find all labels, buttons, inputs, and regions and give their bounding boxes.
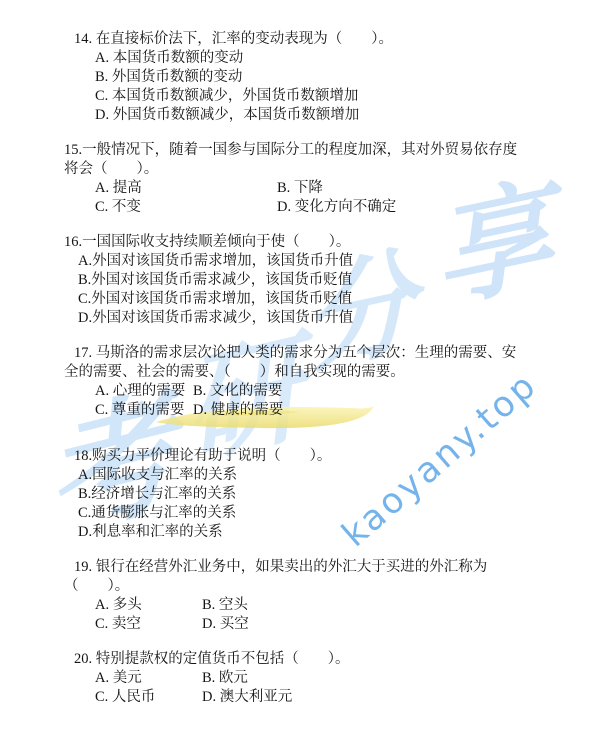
option-a: A. 美元	[95, 669, 202, 688]
option-b: B. 下降	[277, 179, 564, 198]
question-stem: 20. 特别提款权的定值货币不包括（ ）。	[64, 650, 564, 669]
options: A. 提高 B. 下降 C. 不变 D. 变化方向不确定	[95, 179, 564, 217]
question-stem: 19. 银行在经营外汇业务中，如果卖出的外汇大于买进的外汇称为 （ ）。	[64, 558, 564, 596]
question-16: 16.一国国际收支持续顺差倾向于使（ ）。 A.外国对该国货币需求增加，该国货币…	[64, 233, 564, 328]
option-a: A. 本国货币数额的变动	[95, 49, 564, 68]
stem-line: 将会（ ）。	[64, 160, 564, 179]
option-b: B.外国对该国货币需求减少，该国货币贬值	[78, 271, 564, 290]
options: A.外国对该国货币需求增加，该国货币升值 B.外国对该国货币需求减少，该国货币贬…	[78, 252, 564, 328]
option-b: B. 外国货币数额的变动	[95, 68, 564, 87]
option-d: D.利息率和汇率的关系	[78, 523, 564, 542]
option-d: D. 外国货币数额减少，本国货币数额增加	[95, 106, 564, 125]
question-stem: 16.一国国际收支持续顺差倾向于使（ ）。	[64, 233, 564, 252]
option-b: B.经济增长与汇率的关系	[78, 485, 564, 504]
option-a: A. 多头	[95, 596, 202, 615]
question-20: 20. 特别提款权的定值货币不包括（ ）。 A. 美元 B. 欧元 C. 人民币…	[64, 650, 564, 707]
stem-line: 14. 在直接标价法下，汇率的变动表现为（ ）。	[64, 30, 564, 49]
option-d: D. 买空	[202, 615, 564, 634]
question-stem: 14. 在直接标价法下，汇率的变动表现为（ ）。	[64, 30, 564, 49]
option-c: C. 卖空	[95, 615, 202, 634]
stem-line: 15.一般情况下，随着一国参与国际分工的程度加深，其对外贸易依存度	[64, 141, 564, 160]
stem-line: （ ）。	[64, 577, 564, 596]
option-a: A.国际收支与汇率的关系	[78, 466, 564, 485]
option-c: C. 本国货币数额减少，外国货币数额增加	[95, 87, 564, 106]
options: A.国际收支与汇率的关系 B.经济增长与汇率的关系 C.通货膨胀与汇率的关系 D…	[78, 466, 564, 542]
exam-page: 考 研 分 享 kaoyany.top 14. 在直接标价法下，汇率的变动表现为…	[0, 0, 602, 747]
option-b: B. 文化的需要	[193, 382, 564, 401]
options: A. 美元 B. 欧元 C. 人民币 D. 澳大利亚元	[95, 669, 564, 707]
option-d: D.外国对该国货币需求减少，该国货币升值	[78, 309, 564, 328]
question-list: 14. 在直接标价法下，汇率的变动表现为（ ）。 A. 本国货币数额的变动 B.…	[0, 0, 602, 707]
question-stem: 17. 马斯洛的需求层次论把人类的需求分为五个层次：生理的需要、安 全的需要、社…	[64, 344, 564, 382]
option-d: D. 变化方向不确定	[277, 198, 564, 217]
option-d: D. 澳大利亚元	[202, 688, 564, 707]
option-c: C.通货膨胀与汇率的关系	[78, 504, 564, 523]
question-18: 18.购买力平价理论有助于说明（ ）。 A.国际收支与汇率的关系 B.经济增长与…	[64, 447, 564, 542]
question-stem: 18.购买力平价理论有助于说明（ ）。	[64, 447, 564, 466]
question-19: 19. 银行在经营外汇业务中，如果卖出的外汇大于买进的外汇称为 （ ）。 A. …	[64, 558, 564, 634]
question-15: 15.一般情况下，随着一国参与国际分工的程度加深，其对外贸易依存度 将会（ ）。…	[64, 141, 564, 217]
options: A. 本国货币数额的变动 B. 外国货币数额的变动 C. 本国货币数额减少，外国…	[95, 49, 564, 125]
options: A. 多头 B. 空头 C. 卖空 D. 买空	[95, 596, 564, 634]
option-a: A. 提高	[95, 179, 277, 198]
stem-line: 20. 特别提款权的定值货币不包括（ ）。	[64, 650, 564, 669]
option-b: B. 欧元	[202, 669, 564, 688]
question-14: 14. 在直接标价法下，汇率的变动表现为（ ）。 A. 本国货币数额的变动 B.…	[64, 30, 564, 125]
option-c: C. 人民币	[95, 688, 202, 707]
option-b: B. 空头	[202, 596, 564, 615]
stem-line: 17. 马斯洛的需求层次论把人类的需求分为五个层次：生理的需要、安	[64, 344, 564, 363]
option-a: A. 心理的需要	[95, 382, 193, 401]
option-c: C. 不变	[95, 198, 277, 217]
stem-line: 全的需要、社会的需要、（ ）和自我实现的需要。	[64, 363, 564, 382]
option-d: D. 健康的需要	[193, 401, 564, 420]
stem-line: 18.购买力平价理论有助于说明（ ）。	[64, 447, 564, 466]
option-c: C.外国对该国货币需求增加，该国货币贬值	[78, 290, 564, 309]
option-a: A.外国对该国货币需求增加，该国货币升值	[78, 252, 564, 271]
stem-line: 16.一国国际收支持续顺差倾向于使（ ）。	[64, 233, 564, 252]
option-c: C. 尊重的需要	[95, 401, 193, 420]
stem-line: 19. 银行在经营外汇业务中，如果卖出的外汇大于买进的外汇称为	[64, 558, 564, 577]
question-17: 17. 马斯洛的需求层次论把人类的需求分为五个层次：生理的需要、安 全的需要、社…	[64, 344, 564, 420]
question-stem: 15.一般情况下，随着一国参与国际分工的程度加深，其对外贸易依存度 将会（ ）。	[64, 141, 564, 179]
options: A. 心理的需要 B. 文化的需要 C. 尊重的需要 D. 健康的需要	[95, 382, 564, 420]
